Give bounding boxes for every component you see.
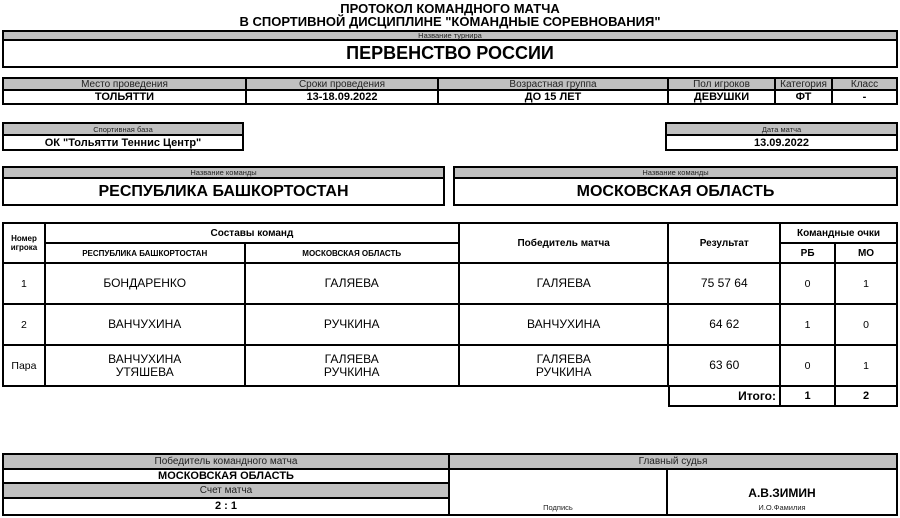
gender-value: ДЕВУШКИ (669, 91, 774, 103)
venue-label: Место проведения (4, 79, 245, 89)
total-label: Итого: (670, 387, 776, 405)
team-left-name: РЕСПУБЛИКА БАШКОРТОСТАН (4, 179, 443, 204)
sport-base-block: Спортивная база ОК "Тольятти Теннис Цент… (2, 122, 244, 151)
chief-referee-name: А.В.ЗИМИН (668, 486, 896, 500)
header-winner: Победитель матча (459, 223, 668, 263)
total-points-right: 2 (836, 387, 896, 405)
gender-label: Пол игроков (669, 79, 774, 89)
tournament-block: Название турнира ПЕРВЕНСТВО РОССИИ (2, 30, 898, 68)
class-label: Класс (833, 79, 896, 89)
match-result-cell: 75 57 64 (668, 263, 780, 304)
points-right-cell: 1 (835, 345, 897, 386)
points-right-cell: 0 (835, 304, 897, 345)
tournament-label: Название турнира (4, 32, 896, 41)
category-value: ФТ (776, 91, 831, 103)
team-right-label: Название команды (455, 168, 896, 179)
results-table: Номер игрока Составы команд Победитель м… (2, 222, 898, 387)
team-left-label: Название команды (4, 168, 443, 179)
venue-value: ТОЛЬЯТТИ (4, 91, 245, 103)
signature-label: Подпись (450, 501, 666, 513)
match-result-cell: 63 60 (668, 345, 780, 386)
table-row: 2ВАНЧУХИНАРУЧКИНАВАНЧУХИНА64 6210 (3, 304, 897, 345)
header-points-left: РБ (780, 243, 835, 263)
protocol-title-line2: В СПОРТИВНОЙ ДИСЦИПЛИНЕ "КОМАНДНЫЕ СОРЕВ… (0, 15, 900, 29)
team-right-name: МОСКОВСКАЯ ОБЛАСТЬ (455, 179, 896, 204)
match-winner-cell: ГАЛЯЕВА (459, 263, 668, 304)
team-winner-label: Победитель командного матча (4, 455, 448, 468)
sport-base-label: Спортивная база (4, 124, 242, 136)
match-score-value: 2 : 1 (4, 499, 448, 512)
points-right-cell: 1 (835, 263, 897, 304)
total-row: Итого: 1 2 (668, 387, 898, 407)
footer-block: Победитель командного матча МОСКОВСКАЯ О… (2, 453, 898, 516)
team-winner-value: МОСКОВСКАЯ ОБЛАСТЬ (4, 470, 448, 482)
total-points-left: 1 (781, 387, 834, 405)
player-number-cell: 1 (3, 263, 45, 304)
match-date-block: Дата матча 13.09.2022 (665, 122, 898, 151)
team-right-player-cell: ГАЛЯЕВА РУЧКИНА (245, 345, 459, 386)
category-label: Категория (776, 79, 831, 89)
match-score-label: Счет матча (4, 484, 448, 497)
player-number-cell: 2 (3, 304, 45, 345)
team-right-player-cell: РУЧКИНА (245, 304, 459, 345)
header-team-right: МОСКОВСКАЯ ОБЛАСТЬ (245, 243, 459, 263)
age-group-label: Возрастная группа (439, 79, 667, 89)
match-date-label: Дата матча (667, 124, 896, 136)
header-lineups: Составы команд (45, 223, 459, 243)
team-left-player-cell: БОНДАРЕНКО (45, 263, 245, 304)
table-row: ПараВАНЧУХИНА УТЯШЕВАГАЛЯЕВА РУЧКИНАГАЛЯ… (3, 345, 897, 386)
event-info-block: Место проведения ТОЛЬЯТТИ Сроки проведен… (2, 77, 898, 105)
sport-base-value: ОК "Тольятти Теннис Центр" (4, 136, 242, 149)
team-right-block: Название команды МОСКОВСКАЯ ОБЛАСТЬ (453, 166, 898, 206)
header-team-points: Командные очки (780, 223, 897, 243)
header-team-left: РЕСПУБЛИКА БАШКОРТОСТАН (45, 243, 245, 263)
team-left-player-cell: ВАНЧУХИНА (45, 304, 245, 345)
chief-referee-label: Главный судья (450, 455, 896, 468)
points-left-cell: 0 (780, 263, 835, 304)
tournament-name: ПЕРВЕНСТВО РОССИИ (4, 41, 896, 66)
match-winner-cell: ВАНЧУХИНА (459, 304, 668, 345)
dates-label: Сроки проведения (247, 79, 437, 89)
match-result-cell: 64 62 (668, 304, 780, 345)
name-format-label: И.О.Фамилия (668, 501, 896, 513)
age-group-value: ДО 15 ЛЕТ (439, 91, 667, 103)
team-right-player-cell: ГАЛЯЕВА (245, 263, 459, 304)
points-left-cell: 1 (780, 304, 835, 345)
team-left-player-cell: ВАНЧУХИНА УТЯШЕВА (45, 345, 245, 386)
class-value: - (833, 91, 896, 103)
dates-value: 13-18.09.2022 (247, 91, 437, 103)
header-player-number: Номер игрока (3, 223, 45, 263)
match-winner-cell: ГАЛЯЕВА РУЧКИНА (459, 345, 668, 386)
points-left-cell: 0 (780, 345, 835, 386)
match-date-value: 13.09.2022 (667, 136, 896, 149)
header-points-right: МО (835, 243, 897, 263)
table-row: 1БОНДАРЕНКОГАЛЯЕВАГАЛЯЕВА75 57 6401 (3, 263, 897, 304)
team-left-block: Название команды РЕСПУБЛИКА БАШКОРТОСТАН (2, 166, 445, 206)
player-number-cell: Пара (3, 345, 45, 386)
header-result: Результат (668, 223, 780, 263)
